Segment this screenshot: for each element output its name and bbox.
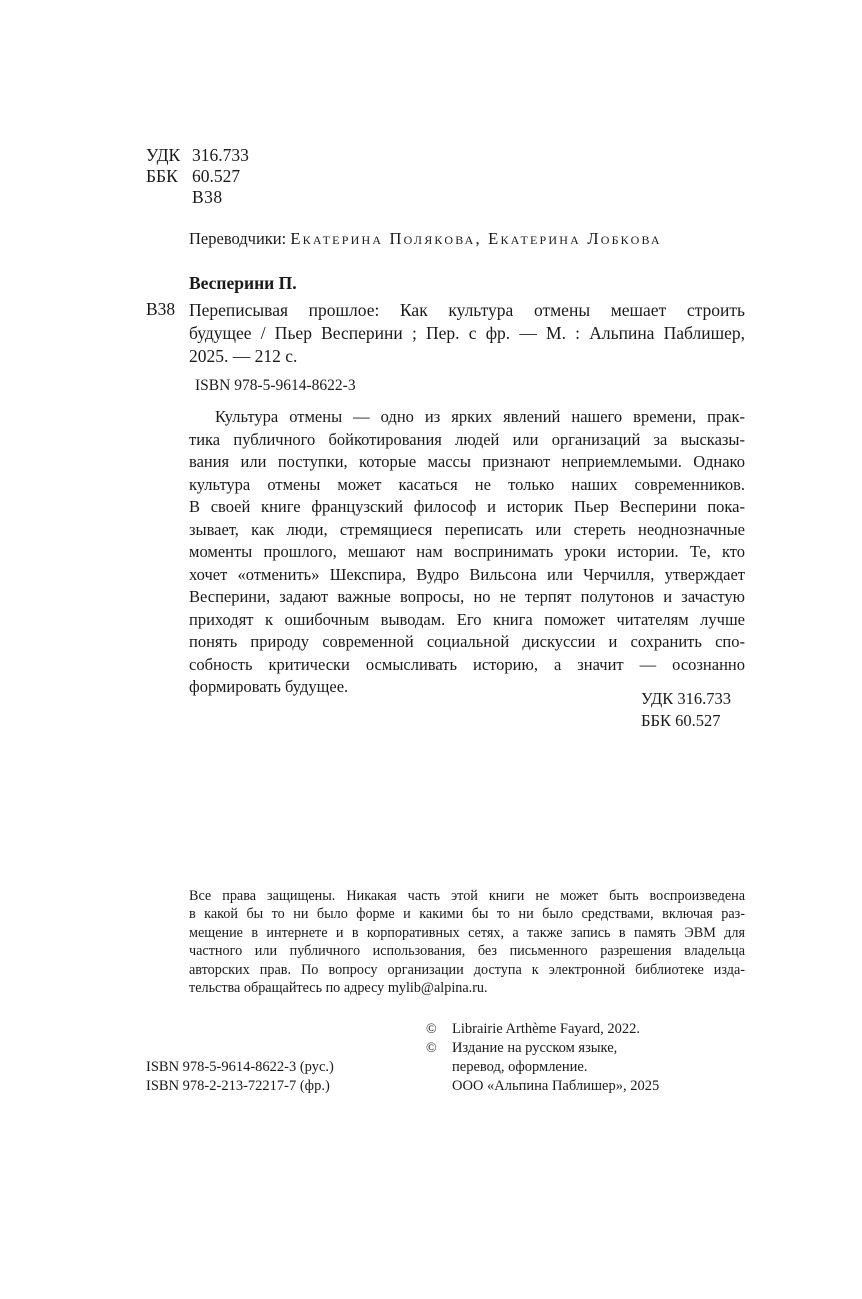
catalog-line: будущее / Пьер Весперини ; Пер. с фр. — … xyxy=(189,322,745,345)
catalog-author-mark: В38 xyxy=(146,299,175,320)
translators-label: Переводчики: xyxy=(189,229,286,248)
annotation-line: моменты прошлого, мешают нам воспринимат… xyxy=(189,541,745,564)
rights-line: тельства обращайтесь по адресу mylib@alp… xyxy=(189,979,745,997)
author-heading: Весперини П. xyxy=(189,272,297,294)
author-mark: В38 xyxy=(192,187,223,208)
annotation-line: Весперини, задают важные вопросы, но не … xyxy=(189,586,745,609)
isbn-list: ISBN 978-5-9614-8622-3 (рус.) ISBN 978-2… xyxy=(146,1058,334,1096)
rights-line: Все права защищены. Никакая часть этой к… xyxy=(189,887,745,905)
annotation-line: понять природу современной социальной ди… xyxy=(189,631,745,654)
rights-line: мещение в интернете и в корпоративных се… xyxy=(189,924,745,942)
annotation-line: вания или поступки, которые массы призна… xyxy=(189,451,745,474)
isbn-french: ISBN 978-2-213-72217-7 (фр.) xyxy=(146,1077,334,1096)
annotation-line: культура отмены может касаться не только… xyxy=(189,474,745,497)
annotation: Культура отмены — одно из ярких явлений … xyxy=(189,406,745,699)
copyright-russian-line: перевод, оформление. xyxy=(452,1058,659,1077)
translators-names: Екатерина Полякова, Екатерина Лобкова xyxy=(290,229,661,248)
author-mark-row: В38 xyxy=(146,187,249,208)
bbk-label: ББК xyxy=(146,166,192,187)
copyright-russian: © Издание на русском языке, перевод, офо… xyxy=(426,1039,659,1096)
catalog-line: Переписывая прошлое: Как культура отмены… xyxy=(189,299,745,322)
copyright-icon: © xyxy=(426,1020,452,1039)
annotation-classification: УДК 316.733 ББК 60.527 xyxy=(641,688,731,732)
catalog-description: Переписывая прошлое: Как культура отмены… xyxy=(189,299,745,368)
isbn-russian: ISBN 978-5-9614-8622-3 (рус.) xyxy=(146,1058,334,1077)
annotation-line: приходят к ошибочным выводам. Его книга … xyxy=(189,609,745,632)
annotation-bbk: ББК 60.527 xyxy=(641,710,731,732)
catalog-isbn: ISBN 978-5-9614-8622-3 xyxy=(195,376,356,396)
annotation-line: Культура отмены — одно из ярких явлений … xyxy=(189,406,745,429)
copyright-russian-line: ООО «Альпина Паблишер», 2025 xyxy=(452,1077,659,1096)
annotation-line: В своей книге французский философ и исто… xyxy=(189,496,745,519)
rights-line: частного или публичного использования, б… xyxy=(189,942,745,960)
rights-notice: Все права защищены. Никакая часть этой к… xyxy=(189,887,745,997)
bbk-value: 60.527 xyxy=(192,166,240,187)
translators-line: Переводчики: Екатерина Полякова, Екатери… xyxy=(189,228,662,251)
annotation-udk: УДК 316.733 xyxy=(641,688,731,710)
rights-line: в какой бы то ни было форме и какими бы … xyxy=(189,905,745,923)
udk-row: УДК 316.733 xyxy=(146,145,249,166)
udk-value: 316.733 xyxy=(192,145,249,166)
rights-line: авторских прав. По вопросу организации д… xyxy=(189,961,745,979)
copyright-icon: © xyxy=(426,1039,452,1096)
annotation-line: зывает, как люди, стремящиеся переписать… xyxy=(189,519,745,542)
annotation-line: собность критически осмысливать историю,… xyxy=(189,654,745,677)
annotation-line: тика публичного бойкотирования людей или… xyxy=(189,429,745,452)
bbk-row: ББК 60.527 xyxy=(146,166,249,187)
catalog-line: 2025. — 212 с. xyxy=(189,345,745,368)
udk-label: УДК xyxy=(146,145,192,166)
copyright-russian-line: Издание на русском языке, xyxy=(452,1039,659,1058)
copyright-block: © Librairie Arthème Fayard, 2022. © Изда… xyxy=(426,1020,659,1096)
copyright-original: © Librairie Arthème Fayard, 2022. xyxy=(426,1020,659,1039)
annotation-line: хочет «отменить» Шекспира, Вудро Вильсон… xyxy=(189,564,745,587)
copyright-original-text: Librairie Arthème Fayard, 2022. xyxy=(452,1020,640,1039)
classification-block: УДК 316.733 ББК 60.527 В38 xyxy=(146,145,249,208)
